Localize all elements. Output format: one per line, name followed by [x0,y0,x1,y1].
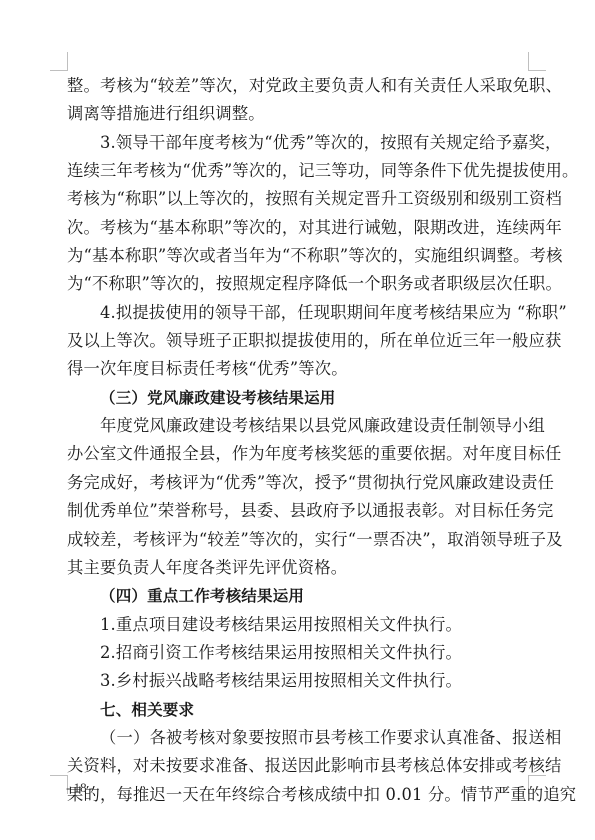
text-line: 及以上等次。领导班子正职拟提拔使用的，所在单位近三年一般应获 [67,327,537,355]
document-body: 整。考核为“较差”等次，对党政主要负责人和有关责任人采取免职、 调离等措施进行组… [67,72,537,809]
crop-mark-top-left-horizontal [50,70,68,71]
text-line: 制优秀单位”荣誉称号，县委、县政府予以通报表彰。对目标任务完 [67,497,537,525]
text-line: 得一次年度目标责任考核“优秀”等次。 [67,355,537,383]
text-line: 为“基本称职”等次或者当年为“不称职”等次的，实施组织调整。考核 [67,242,537,270]
text-line: 果的，每推迟一天在年终综合考核成绩中扣 0.01 分。情节严重的追究 [67,781,537,809]
document-page: 整。考核为“较差”等次，对党政主要负责人和有关责任人采取免职、 调离等措施进行组… [0,0,595,840]
section-heading: （三）党风廉政建设考核结果运用 [67,384,537,412]
list-item: 1.重点项目建设考核结果运用按照相关文件执行。 [67,611,537,639]
text-line: 调离等措施进行组织调整。 [67,100,537,128]
list-item: 3.乡村振兴战略考核结果运用按照相关文件执行。 [67,667,537,695]
text-line: 年度党风廉政建设考核结果以县党风廉政建设责任制领导小组 [67,412,537,440]
text-line: 办公室文件通报全县，作为年度考核奖惩的重要依据。对年度目标任 [67,440,537,468]
page-number: - 18 - [66,780,94,796]
text-line: （一）各被考核对象要按照市县考核工作要求认真准备、报送相 [67,724,537,752]
section-heading: （四）重点工作考核结果运用 [67,582,537,610]
text-line: 连续三年考核为“优秀”等次的，记三等功，同等条件下优先提拔使用。 [67,157,537,185]
text-line: 3.领导干部年度考核为“优秀”等次的，按照有关规定给予嘉奖， [67,129,537,157]
crop-mark-top-right-horizontal [528,70,546,71]
text-line: 为“不称职”等次的，按照规定程序降低一个职务或者职级层次任职。 [67,270,537,298]
chapter-heading: 七、相关要求 [67,696,537,724]
text-line: 次。考核为“基本称职”等次的，对其进行诫勉，限期改进，连续两年 [67,214,537,242]
text-line: 4.拟提拔使用的领导干部，任现职期间年度考核结果应为 “称职” [67,299,537,327]
crop-mark-top-left-vertical [67,52,68,71]
crop-mark-top-right-vertical [528,52,529,71]
text-line: 成较差，考核评为“较差”等次的，实行“一票否决”，取消领导班子及 [67,526,537,554]
text-line: 关资料，对未按要求准备、报送因此影响市县考核总体安排或考核结 [67,752,537,780]
text-line: 其主要负责人年度各类评先评优资格。 [67,554,537,582]
text-line: 整。考核为“较差”等次，对党政主要负责人和有关责任人采取免职、 [67,72,537,100]
list-item: 2.招商引资工作考核结果运用按照相关文件执行。 [67,639,537,667]
text-line: 务完成好，考核评为“优秀”等次，授予“贯彻执行党风廉政建设责任 [67,469,537,497]
text-line: 考核为“称职”以上等次的，按照有关规定晋升工资级别和级别工资档 [67,185,537,213]
crop-mark-bottom-left-horizontal [50,775,68,776]
